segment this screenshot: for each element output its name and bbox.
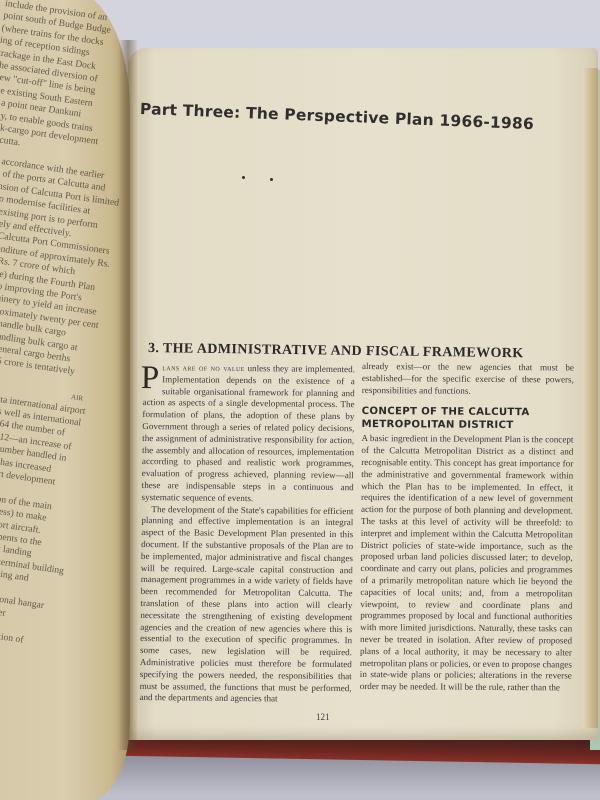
text-column-right: already exist—or the new agencies that m…: [360, 361, 574, 694]
book-gutter: [118, 40, 138, 750]
paragraph: already exist—or the new agencies that m…: [362, 361, 574, 398]
left-page-text: include the provision of anpoint south o…: [0, 0, 130, 682]
section-heading: CONCEPT OF THE CALCUTTA METROPOLITAN DIS…: [362, 405, 574, 432]
right-page: Part Three: The Perspective Plan 1966-19…: [128, 48, 598, 740]
part-title: Part Three: The Perspective Plan 1966-19…: [140, 100, 535, 133]
ink-speck: [242, 176, 245, 179]
left-page: include the provision of anpoint south o…: [0, 0, 130, 800]
paragraph: The development of the State's capabilit…: [139, 504, 353, 707]
page-edges: [582, 68, 598, 728]
page-number: 121: [316, 712, 330, 722]
text-column-left: P lans are of no value unless they are i…: [139, 362, 355, 706]
paragraph: unless they are implemented. Implementat…: [142, 363, 355, 503]
chapter-title: 3. THE ADMINISTRATIVE AND FISCAL FRAMEWO…: [148, 341, 524, 362]
lead-in: lans are of no value: [162, 362, 245, 373]
ink-speck: [270, 178, 273, 181]
drop-cap: P: [141, 364, 160, 392]
paragraph: A basic ingredient in the Development Pl…: [360, 433, 574, 694]
